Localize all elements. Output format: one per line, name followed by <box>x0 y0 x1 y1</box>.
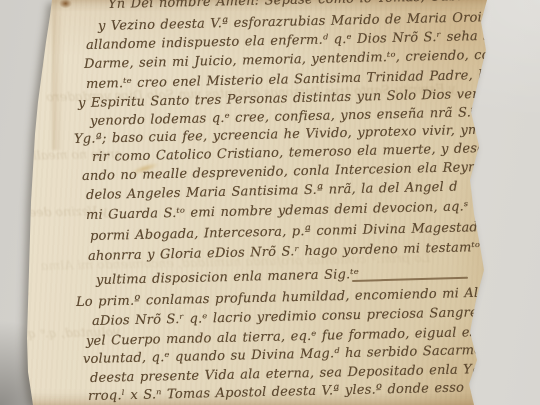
foxing-spot <box>22 289 30 299</box>
manuscript-page: y Espiritu Santo tres Personas distintas… <box>0 0 540 405</box>
binding-stain <box>27 90 37 103</box>
flourish-rule <box>352 277 468 282</box>
binding-stain <box>35 57 45 72</box>
binding-stain <box>57 0 74 10</box>
manuscript-line: yultima disposicion enla manera Sig.ᵗᵉ <box>96 266 359 290</box>
foxing-spot <box>21 141 28 151</box>
binding-seam <box>52 0 66 150</box>
binding-stain <box>32 36 44 61</box>
photo-backdrop: y Espiritu Santo tres Personas distintas… <box>0 0 540 405</box>
paper-shadow: y Espiritu Santo tres Personas distintas… <box>0 0 540 405</box>
